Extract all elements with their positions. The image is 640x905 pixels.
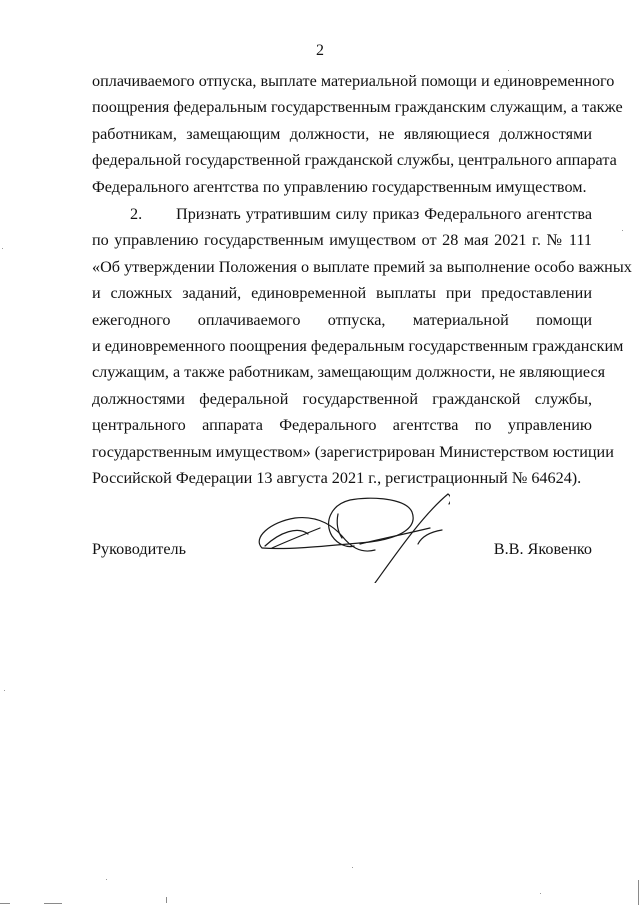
text-line: поощрения федеральным государственным гр… [92,94,592,120]
signatory-name: В.В. Яковенко [494,538,592,560]
text-line: должностями федеральной государственной … [92,386,592,412]
scan-edge-mark [0,903,10,904]
scan-speck [2,248,3,249]
text-line: центрального аппарата Федерального агент… [92,412,592,438]
text-line: оплачиваемого отпуска, выплате материаль… [92,68,592,94]
text-line: и сложных заданий, единовременной выплат… [92,280,592,306]
paragraph-2-first-line: 2. Признать утратившим силу приказ Федер… [92,201,592,227]
text-line: и единовременного поощрения федеральным … [92,333,592,359]
text-line: государственным имуществом» (зарегистрир… [92,439,592,465]
text-line: Признать утратившим силу приказ Федераль… [176,201,592,227]
paragraph-1: оплачиваемого отпуска, выплате материаль… [92,68,592,200]
text-line: «Об утверждении Положения о выплате прем… [92,254,592,280]
signatory-title: Руководитель [92,538,186,560]
text-line: служащим, а также работникам, замещающим… [92,359,592,385]
signature-icon [250,488,450,583]
scan-speck [4,690,5,691]
scan-edge-mark [638,880,639,905]
text-line: работникам, замещающим должности, не явл… [92,121,592,147]
paragraph-2: 2. Признать утратившим силу приказ Федер… [92,201,592,491]
text-line: Федерального агентства по управлению гос… [92,174,592,200]
scan-speck [622,230,623,231]
scan-edge-mark [166,897,167,903]
scan-speck [508,70,509,71]
scan-speck [260,101,261,102]
text-line: федеральной государственной гражданской … [92,147,592,173]
text-line: ежегодного оплачиваемого отпуска, матери… [92,307,592,333]
text-line: по управлению государственным имуществом… [92,227,592,253]
page-number: 2 [0,41,640,61]
scan-speck [540,893,541,894]
scan-edge-mark [44,903,62,904]
scan-speck [106,879,107,880]
item-number: 2. [130,201,176,227]
scan-speck [352,867,353,868]
